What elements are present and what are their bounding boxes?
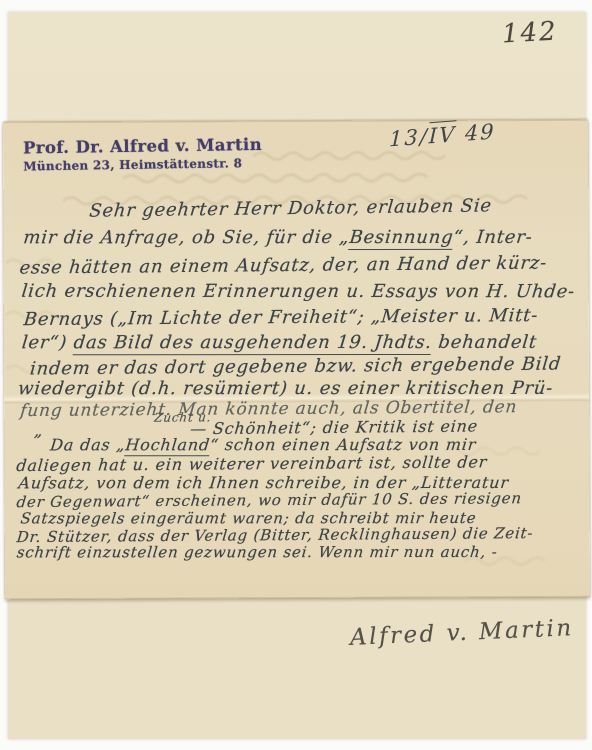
letter-line: Da das „Hochland“ schon einen Aufsatz vo… — [49, 435, 477, 454]
scanned-letter-page: 142 Prof. Dr. Alfred v. Martin München 2… — [0, 0, 592, 750]
letterhead-stamp: Prof. Dr. Alfred v. Martin München 23, H… — [23, 135, 263, 174]
letter-line: schrift einzustellen gezwungen sei. Wenn… — [16, 543, 499, 561]
line-text: “ schon einen Aufsatz von mir — [209, 435, 477, 454]
letterhead-name: Prof. Dr. Alfred v. Martin — [23, 135, 262, 158]
underlined-phrase: Besinnung — [348, 227, 454, 250]
line-text: wiedergibt (d.h. resümiert) u. es einer … — [17, 378, 554, 399]
letter-line: Sehr geehrter Herr Doktor, erlauben Sie — [88, 195, 492, 221]
letter-line: wiedergibt (d.h. resümiert) u. es einer … — [17, 378, 554, 399]
line-text: daliegen hat u. ein weiterer vereinbart … — [16, 452, 489, 475]
line-text: ler“) — [21, 332, 75, 353]
underlined-phrase: Hochland — [124, 435, 211, 456]
line-text: indem er das dort gegebene bzw. sich erg… — [29, 353, 562, 379]
line-text: esse hätten an einem Aufsatz, der, an Ha… — [19, 253, 548, 279]
letter-line: „ — [33, 421, 44, 440]
letter-line: ler“) das Bild des ausgehenden 19. Jhdts… — [21, 332, 538, 353]
line-text: schrift einzustellen gezwungen sei. Wenn… — [16, 543, 499, 561]
letter-line: daliegen hat u. ein weiterer vereinbart … — [16, 452, 489, 475]
date-year: 49 — [465, 119, 496, 145]
line-text: mir die Anfrage, ob Sie, für die „ — [22, 227, 350, 248]
archive-page-number: 142 — [501, 17, 558, 50]
letter-line: indem er das dort gegebene bzw. sich erg… — [29, 353, 562, 379]
line-text: lich erschienenen Erinnerungen u. Essays… — [21, 281, 577, 302]
line-text: „ — [33, 421, 44, 440]
letter-line: lich erschienenen Erinnerungen u. Essays… — [21, 281, 577, 302]
letter-line: der Gegenwart“ erscheinen, wo mir dafür … — [16, 489, 523, 511]
date-day: 13 — [389, 125, 420, 151]
line-text: Bernays („Im Lichte der Freiheit“; „Meis… — [23, 305, 539, 330]
line-text: “, Inter- — [452, 227, 533, 248]
date-month-roman: IV — [429, 120, 457, 148]
letter-line: Bernays („Im Lichte der Freiheit“; „Meis… — [23, 305, 539, 330]
line-text: Da das „ — [49, 435, 126, 454]
letter-date: 13/IV 49 — [389, 119, 496, 151]
letter-body: Sehr geehrter Herr Doktor, erlauben Siem… — [3, 121, 588, 124]
letter-line: mir die Anfrage, ob Sie, für die „Besinn… — [22, 227, 533, 248]
letterhead-address: München 23, Heimstättenstr. 8 — [23, 156, 262, 174]
line-text: behandelt — [431, 332, 538, 353]
letter-line: esse hätten an einem Aufsatz, der, an Ha… — [19, 253, 548, 279]
line-text: der Gegenwart“ erscheinen, wo mir dafür … — [16, 489, 523, 511]
letter-sheet: Prof. Dr. Alfred v. Martin München 23, H… — [3, 120, 590, 600]
underlined-phrase: das Bild des ausgehenden 19. Jhdts. — [72, 332, 433, 355]
line-text: Sehr geehrter Herr Doktor, erlauben Sie — [88, 195, 492, 221]
